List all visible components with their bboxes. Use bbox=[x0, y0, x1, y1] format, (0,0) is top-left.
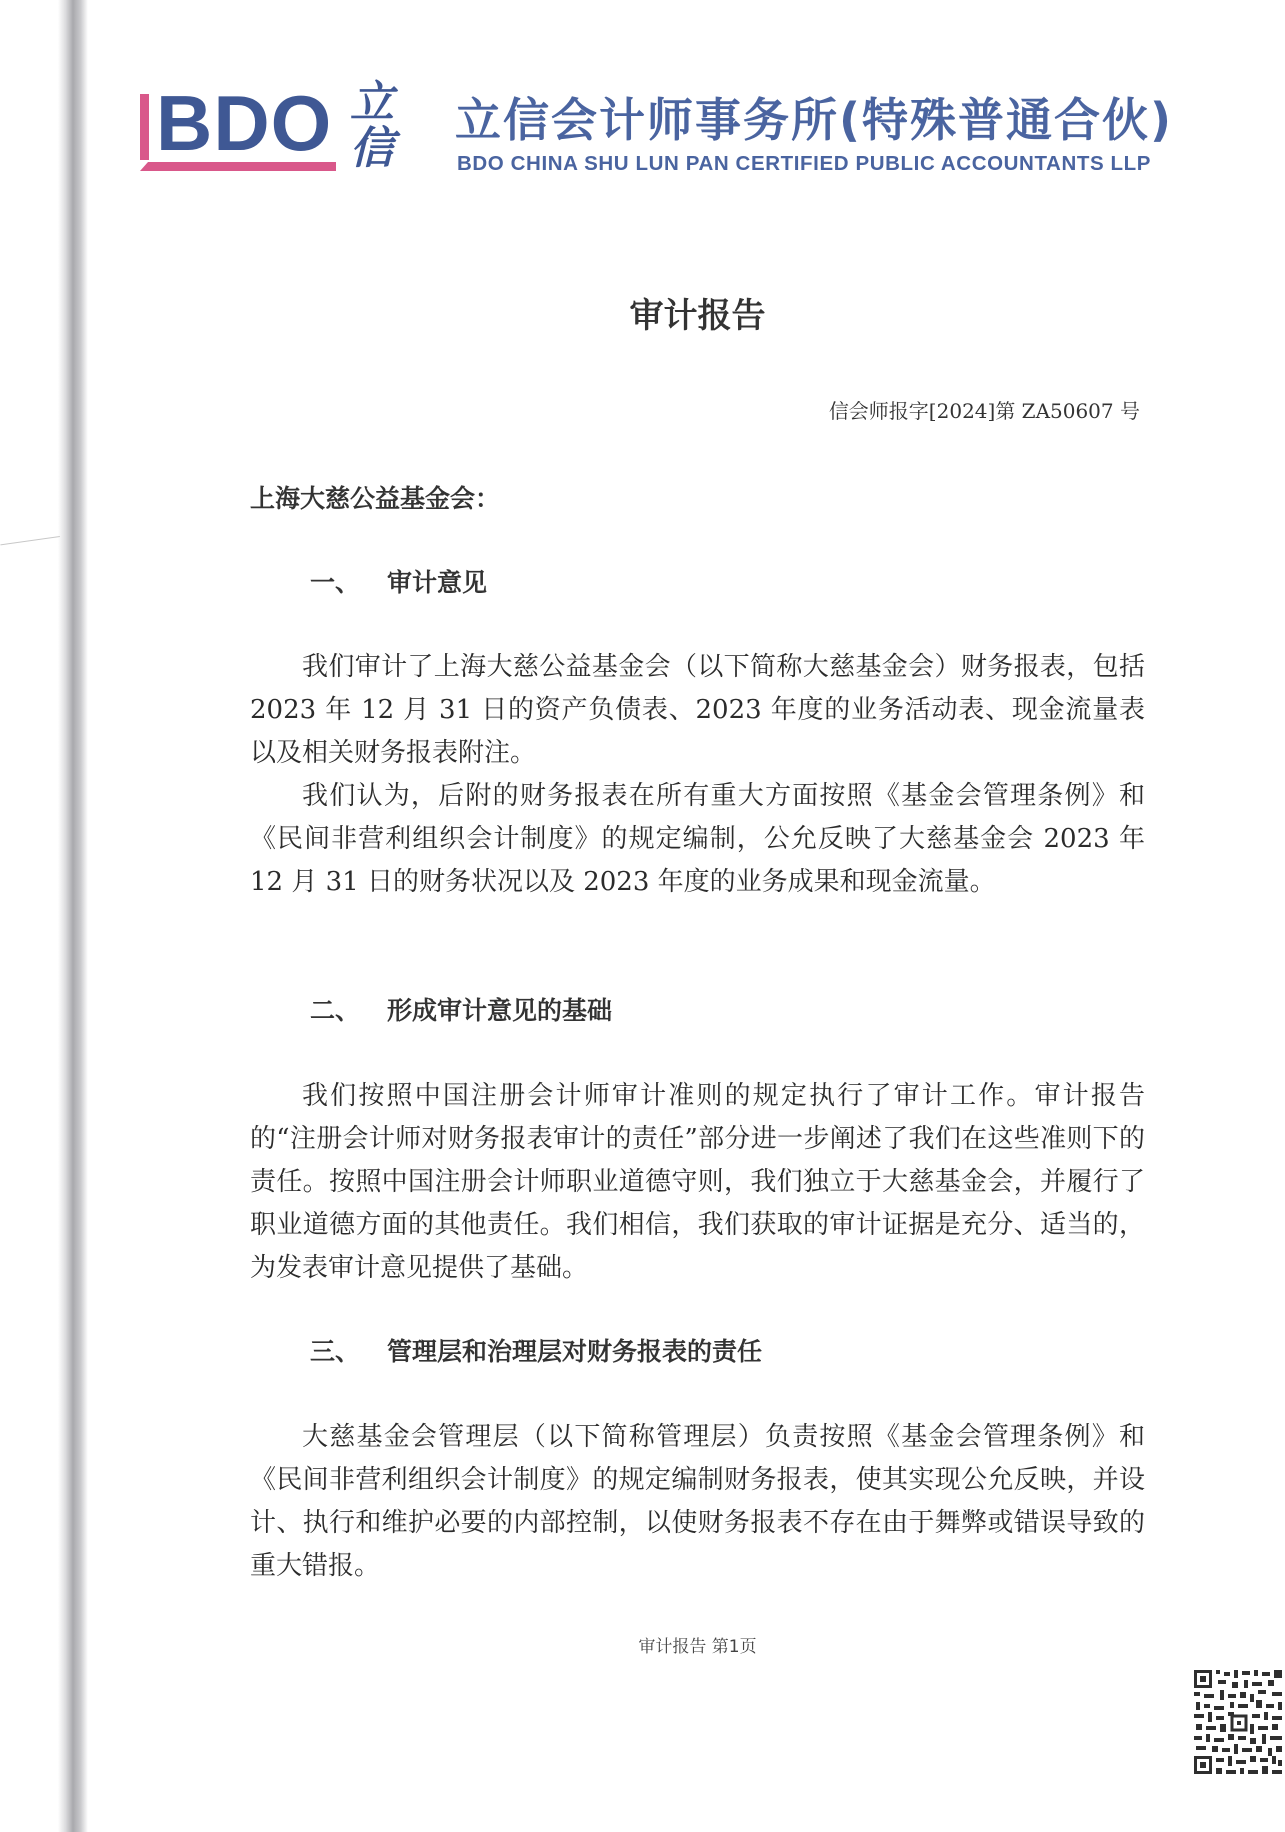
section-number: 一、 bbox=[310, 567, 387, 599]
paragraph: 我们按照中国注册会计师审计准则的规定执行了审计工作。审计报告的“注册会计师对财务… bbox=[250, 1075, 1145, 1290]
section-number: 二、 bbox=[310, 995, 387, 1027]
logo-bar-vertical bbox=[140, 94, 149, 160]
section-title: 审计意见 bbox=[387, 568, 487, 597]
paragraph: 我们认为，后附的财务报表在所有重大方面按照《基金会管理条例》和《民间非营利组织会… bbox=[250, 775, 1145, 904]
section-title: 管理层和治理层对财务报表的责任 bbox=[387, 1337, 762, 1366]
qr-code-icon bbox=[1192, 1666, 1284, 1778]
paragraph: 我们审计了上海大慈公益基金会（以下简称大慈基金会）财务报表，包括 2023 年 … bbox=[250, 646, 1145, 775]
logo-wordmark: BDO bbox=[156, 82, 332, 164]
bdo-logo: BDO 立信 bbox=[140, 88, 400, 173]
page-footer: 审计报告 第1页 bbox=[0, 1636, 1285, 1658]
firm-name-chinese: 立信会计师事务所(特殊普通合伙) bbox=[455, 92, 1173, 148]
section-heading-basis-for-opinion: 二、形成审计意见的基础 bbox=[310, 995, 612, 1027]
scan-mark bbox=[0, 536, 60, 547]
logo-calligraphy: 立信 bbox=[345, 80, 399, 172]
reference-number: 信会师报字[2024]第 ZA50607 号 bbox=[829, 398, 1140, 424]
firm-name-english: BDO CHINA SHU LUN PAN CERTIFIED PUBLIC A… bbox=[457, 152, 1151, 176]
paragraph: 大慈基金会管理层（以下简称管理层）负责按照《基金会管理条例》和《民间非营利组织会… bbox=[250, 1416, 1145, 1588]
section-title: 形成审计意见的基础 bbox=[387, 996, 612, 1025]
section-number: 三、 bbox=[310, 1336, 387, 1368]
addressee: 上海大慈公益基金会： bbox=[250, 483, 500, 515]
section-heading-audit-opinion: 一、审计意见 bbox=[310, 567, 487, 599]
page-title: 审计报告 bbox=[0, 296, 1285, 336]
scan-binding-shadow bbox=[58, 0, 88, 1832]
section-heading-management-responsibility: 三、管理层和治理层对财务报表的责任 bbox=[310, 1336, 762, 1368]
